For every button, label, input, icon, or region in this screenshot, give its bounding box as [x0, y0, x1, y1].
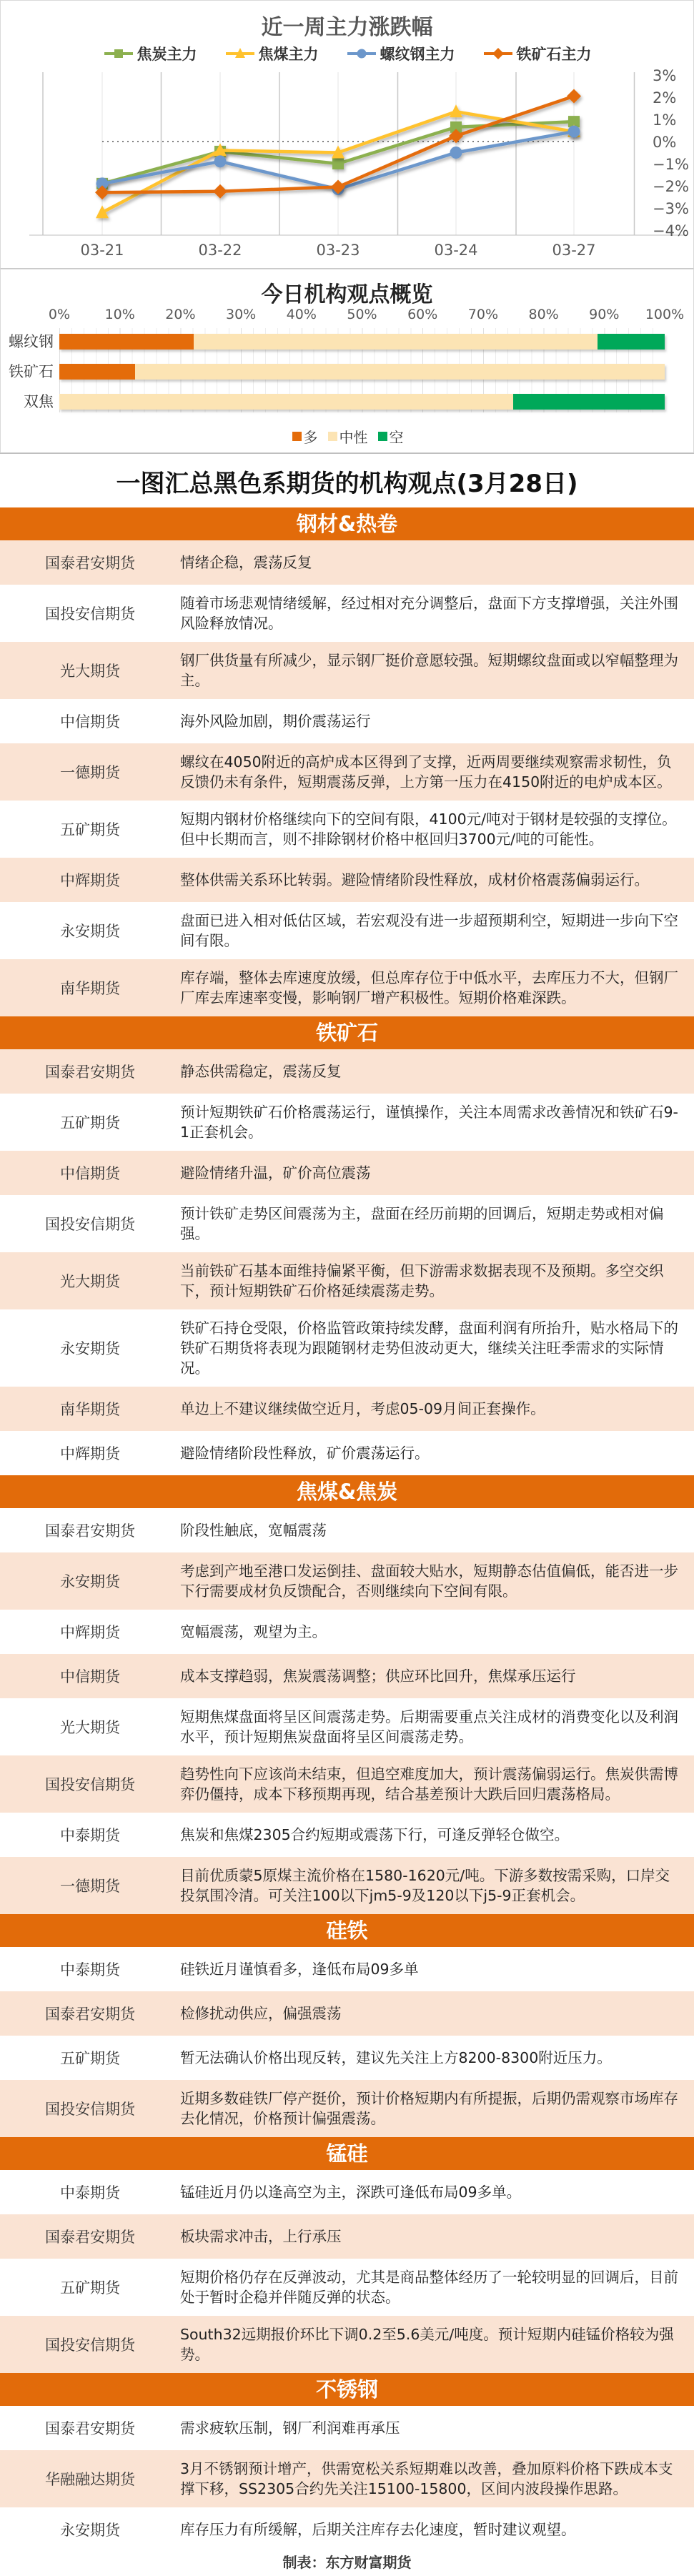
opinion-text: 螺纹在4050附近的高炉成本区得到了支撑，近两周要继续观察需求韧性，负反馈仍未有… — [180, 743, 694, 801]
opinion-text: 锰硅近月仍以逢高空为主，深跌可逢低布局09多单。 — [180, 2174, 694, 2211]
table-row: 国泰君安期货阶段性触底，宽幅震荡 — [0, 1508, 694, 1552]
stacked-bar — [59, 364, 665, 380]
org-name: 中泰期货 — [0, 2174, 180, 2210]
org-name: 永安期货 — [0, 1563, 180, 1599]
table-row: 国泰君安期货检修扰动供应，偏强震荡 — [0, 1991, 694, 2036]
table-title: 一图汇总黑色系期货的机构观点(3月28日) — [0, 454, 694, 507]
section-header-铁矿石: 铁矿石 — [0, 1016, 694, 1049]
opinion-text: 盘面已进入相对低估区域，若宏观没有进一步超预期利空，短期进一步向下空间有限。 — [180, 902, 694, 959]
table-row: 国泰君安期货板块需求冲击，上行承压 — [0, 2214, 694, 2259]
svg-text:03-23: 03-23 — [316, 242, 360, 259]
opinion-text: 短期价格仍存在反弹波动，尤其是商品整体经历了一轮较明显的回调后，目前处于暂时企稳… — [180, 2259, 694, 2316]
opinion-text: 焦炭和焦煤2305合约短期或震荡下行，可逢反弹轻仓做空。 — [180, 1816, 694, 1853]
svg-text:1%: 1% — [653, 112, 676, 129]
opinion-text: 避险情绪阶段性释放，矿价震荡运行。 — [180, 1435, 694, 1472]
bar-segment-空 — [598, 334, 665, 350]
opinions-table: 一图汇总黑色系期货的机构观点(3月28日) 钢材&热卷国泰君安期货情绪企稳，震荡… — [0, 453, 694, 2552]
opinion-text: 避险情绪升温，矿价高位震荡 — [180, 1154, 694, 1192]
legend-item: 焦炭主力 — [103, 43, 197, 64]
line-chart: 3%2%1%0%−1%−2%−3%−4%03-2103-2203-2303-24… — [1, 65, 694, 265]
org-name: 国泰君安期货 — [0, 1054, 180, 1089]
table-row: 五矿期货短期价格仍存在反弹波动，尤其是商品整体经历了一轮较明显的回调后，目前处于… — [0, 2259, 694, 2316]
org-name: 一德期货 — [0, 754, 180, 790]
legend-label: 焦炭主力 — [137, 43, 197, 64]
axis-tick: 70% — [468, 307, 498, 322]
legend-label: 中性 — [339, 426, 368, 447]
opinion-text: 硅铁近月谨慎看多，逢低布局09多单 — [180, 1951, 694, 1988]
bar-category-label: 螺纹钢 — [0, 334, 54, 350]
table-row: 中信期货海外风险加剧，期价震荡运行 — [0, 699, 694, 743]
table-row: 中信期货成本支撑趋弱，焦炭震荡调整；供应环比回升，焦煤承压运行 — [0, 1654, 694, 1698]
svg-text:−3%: −3% — [653, 200, 689, 217]
table-row: 永安期货考虑到产地至港口发运倒挂、盘面较大贴水，短期静态估值偏低，能否进一步下行… — [0, 1552, 694, 1610]
table-row: 永安期货盘面已进入相对低估区域，若宏观没有进一步超预期利空，短期进一步向下空间有… — [0, 902, 694, 959]
legend-swatch-icon — [328, 432, 337, 441]
svg-text:03-24: 03-24 — [434, 242, 477, 259]
org-name: 中辉期货 — [0, 1435, 180, 1471]
stacked-bar — [59, 394, 665, 410]
line-chart-legend: 焦炭主力焦煤主力螺纹钢主力铁矿石主力 — [1, 42, 693, 65]
legend-label: 多 — [304, 426, 318, 447]
opinion-text: 阶段性触底，宽幅震荡 — [180, 1512, 694, 1549]
svg-text:03-27: 03-27 — [552, 242, 595, 259]
opinion-text: 整体供需关系环比转弱。避险情绪阶段性释放，成材价格震荡偏弱运行。 — [180, 861, 694, 898]
opinion-text: South32远期报价环比下调0.2至5.6美元/吨度。预计短期内硅锰价格较为强… — [180, 2316, 694, 2373]
opinion-text: 宽幅震荡，观望为主。 — [180, 1613, 694, 1650]
org-name: 五矿期货 — [0, 1104, 180, 1140]
org-name: 国泰君安期货 — [0, 545, 180, 580]
table-row: 国投安信期货近期多数硅铁厂停产挺价，预计价格短期内有所提振，后期仍需观察市场库存… — [0, 2080, 694, 2137]
section-header-硅铁: 硅铁 — [0, 1914, 694, 1947]
svg-text:−4%: −4% — [653, 222, 689, 239]
org-name: 五矿期货 — [0, 2040, 180, 2076]
opinion-text: 短期焦煤盘面将呈区间震荡走势。后期需要重点关注成材的消费变化以及利润水平，预计短… — [180, 1698, 694, 1755]
org-name: 一德期货 — [0, 1868, 180, 1903]
org-name: 中泰期货 — [0, 1817, 180, 1853]
opinion-text: 短期内钢材价格继续向下的空间有限，4100元/吨对于钢材是较强的支撑位。但中长期… — [180, 801, 694, 858]
org-name: 南华期货 — [0, 1391, 180, 1427]
legend-label: 空 — [390, 426, 404, 447]
bar-category-label: 铁矿石 — [0, 364, 54, 380]
opinion-text: 检修扰动供应，偏强震荡 — [180, 1995, 694, 2032]
table-row: 五矿期货预计短期铁矿石价格震荡运行，谨慎操作，关注本周需求改善情况和铁矿石9-1… — [0, 1094, 694, 1151]
org-name: 中辉期货 — [0, 1614, 180, 1650]
org-name: 南华期货 — [0, 970, 180, 1006]
table-row: 五矿期货短期内钢材价格继续向下的空间有限，4100元/吨对于钢材是较强的支撑位。… — [0, 801, 694, 858]
svg-text:03-22: 03-22 — [198, 242, 242, 259]
org-name: 五矿期货 — [0, 811, 180, 847]
bar-chart: 0%10%20%30%40%50%60%70%80%90%100%螺纹钢铁矿石双… — [1, 307, 694, 414]
axis-tick: 40% — [287, 307, 317, 322]
org-name: 光大期货 — [0, 1263, 180, 1299]
org-name: 中信期货 — [0, 1658, 180, 1694]
legend-label: 铁矿石主力 — [517, 43, 592, 64]
stacked-bar — [59, 334, 665, 350]
bar-chart-legend: 多中性空 — [1, 426, 694, 447]
org-name: 五矿期货 — [0, 2269, 180, 2305]
axis-tick: 20% — [165, 307, 195, 322]
table-row: 光大期货当前铁矿石基本面维持偏紧平衡，但下游需求数据表现不及预期。多空交织下，预… — [0, 1252, 694, 1309]
axis-tick: 50% — [347, 307, 377, 322]
org-name: 国泰君安期货 — [0, 1512, 180, 1548]
opinion-text: 库存端，整体去库速度放缓，但总库存位于中低水平，去库压力不大，但钢厂厂库去库速率… — [180, 959, 694, 1016]
table-row: 一德期货目前优质蒙5原煤主流价格在1580-1620元/吨。下游多数按需采购，口… — [0, 1857, 694, 1914]
legend-item: 多 — [292, 426, 318, 447]
opinion-text: 考虑到产地至港口发运倒挂、盘面较大贴水，短期静态估值偏低，能否进一步下行需要成材… — [180, 1552, 694, 1610]
triangle-marker-icon — [224, 46, 256, 61]
table-row: 中辉期货宽幅震荡，观望为主。 — [0, 1610, 694, 1654]
svg-text:0%: 0% — [653, 134, 676, 151]
table-row: 永安期货铁矿石持仓受限，价格监管政策持续发酵，盘面利润有所抬升，贴水格局下的铁矿… — [0, 1309, 694, 1387]
legend-swatch-icon — [292, 432, 302, 441]
bar-segment-空 — [513, 394, 665, 410]
table-row: 国泰君安期货静态供需稳定，震荡反复 — [0, 1049, 694, 1094]
table-row: 中辉期货避险情绪阶段性释放，矿价震荡运行。 — [0, 1431, 694, 1475]
axis-tick: 60% — [407, 307, 437, 322]
diamond-marker-icon — [482, 46, 514, 61]
org-name: 永安期货 — [0, 913, 180, 948]
table-row: 国投安信期货随着市场悲观情绪缓解，经过相对充分调整后，盘面下方支撑增强，关注外围… — [0, 585, 694, 642]
bar-segment-多 — [59, 334, 194, 350]
org-name: 国投安信期货 — [0, 1766, 180, 1802]
legend-item: 空 — [378, 426, 404, 447]
opinion-text: 钢厂供货量有所减少，显示钢厂挺价意愿较强。短期螺纹盘面或以窄幅整理为主。 — [180, 642, 694, 699]
table-row: 一德期货螺纹在4050附近的高炉成本区得到了支撑，近两周要继续观察需求韧性，负反… — [0, 743, 694, 801]
bar-chart-panel: 今日机构观点概览 0%10%20%30%40%50%60%70%80%90%10… — [0, 269, 694, 453]
org-name: 华融融达期货 — [0, 2461, 180, 2497]
table-row: 国泰君安期货情绪企稳，震荡反复 — [0, 540, 694, 585]
opinion-text: 3月不锈钢预计增产，供需宽松关系短期难以改善，叠加原料价格下跌成本支撑下移，SS… — [180, 2450, 694, 2507]
bar-chart-axis: 0%10%20%30%40%50%60%70%80%90%100% — [1, 307, 694, 324]
opinion-text: 随着市场悲观情绪缓解，经过相对充分调整后，盘面下方支撑增强，关注外围风险释放情况… — [180, 585, 694, 642]
table-row: 永安期货库存压力有所缓解，后期关注库存去化速度，暂时建议观望。 — [0, 2507, 694, 2552]
legend-label: 螺纹钢主力 — [380, 43, 455, 64]
bar-row-螺纹钢: 螺纹钢 — [1, 334, 694, 350]
svg-text:−2%: −2% — [653, 178, 689, 195]
axis-tick: 80% — [528, 307, 558, 322]
bar-segment-中性 — [194, 334, 598, 350]
table-row: 中辉期货整体供需关系环比转弱。避险情绪阶段性释放，成材价格震荡偏弱运行。 — [0, 858, 694, 902]
org-name: 永安期货 — [0, 1330, 180, 1366]
opinion-text: 近期多数硅铁厂停产挺价，预计价格短期内有所提振，后期仍需观察市场库存去化情况，价… — [180, 2080, 694, 2137]
table-row: 国投安信期货South32远期报价环比下调0.2至5.6美元/吨度。预计短期内硅… — [0, 2316, 694, 2373]
org-name: 中信期货 — [0, 703, 180, 739]
opinion-text: 当前铁矿石基本面维持偏紧平衡，但下游需求数据表现不及预期。多空交织下，预计短期铁… — [180, 1252, 694, 1309]
org-name: 国泰君安期货 — [0, 1996, 180, 2031]
opinion-text: 预计铁矿走势区间震荡为主，盘面在经历前期的回调后，短期走势或相对偏强。 — [180, 1195, 694, 1252]
opinion-text: 趋势性向下应该尚未结束，但追空难度加大，预计震荡偏弱运行。焦炭供需博弈仍僵持，成… — [180, 1755, 694, 1813]
table-row: 光大期货短期焦煤盘面将呈区间震荡走势。后期需要重点关注成材的消费变化以及利润水平… — [0, 1698, 694, 1755]
table-row: 中泰期货硅铁近月谨慎看多，逢低布局09多单 — [0, 1947, 694, 1991]
opinion-text: 静态供需稳定，震荡反复 — [180, 1053, 694, 1090]
axis-tick: 100% — [645, 307, 684, 322]
axis-tick: 90% — [589, 307, 619, 322]
black-futures-infographic: 近一周主力涨跌幅 焦炭主力焦煤主力螺纹钢主力铁矿石主力 3%2%1%0%−1%−… — [0, 0, 694, 2576]
org-name: 中辉期货 — [0, 862, 180, 898]
opinion-text: 铁矿石持仓受限，价格监管政策持续发酵，盘面利润有所抬升，贴水格局下的铁矿石期货将… — [180, 1309, 694, 1387]
section-header-不锈钢: 不锈钢 — [0, 2373, 694, 2406]
org-name: 国投安信期货 — [0, 2091, 180, 2126]
square-marker-icon — [103, 46, 134, 61]
table-row: 五矿期货暂无法确认价格出现反转，建议先关注上方8200-8300附近压力。 — [0, 2036, 694, 2080]
table-row: 国泰君安期货需求疲软压制，钢厂利润难再承压 — [0, 2406, 694, 2450]
section-header-钢材&热卷: 钢材&热卷 — [0, 507, 694, 540]
org-name: 国泰君安期货 — [0, 2219, 180, 2254]
org-name: 中泰期货 — [0, 1951, 180, 1987]
svg-text:−1%: −1% — [653, 156, 689, 173]
org-name: 永安期货 — [0, 2512, 180, 2547]
opinion-text: 暂无法确认价格出现反转，建议先关注上方8200-8300附近压力。 — [180, 2039, 694, 2076]
legend-item: 铁矿石主力 — [482, 43, 592, 64]
org-name: 国投安信期货 — [0, 2327, 180, 2362]
footer-credit: 制表：东方财富期货 — [0, 2552, 694, 2576]
bar-segment-多 — [59, 364, 135, 380]
bar-category-label: 双焦 — [0, 394, 54, 410]
opinion-text: 成本支撑趋弱，焦炭震荡调整；供应环比回升，焦煤承压运行 — [180, 1658, 694, 1695]
axis-tick: 0% — [49, 307, 70, 322]
opinion-text: 板块需求冲击，上行承压 — [180, 2218, 694, 2255]
table-row: 中泰期货锰硅近月仍以逢高空为主，深跌可逢低布局09多单。 — [0, 2170, 694, 2214]
opinion-text: 目前优质蒙5原煤主流价格在1580-1620元/吨。下游多数按需采购，口岸交投氛… — [180, 1857, 694, 1914]
legend-label: 焦煤主力 — [259, 43, 319, 64]
table-row: 国投安信期货趋势性向下应该尚未结束，但追空难度加大，预计震荡偏弱运行。焦炭供需博… — [0, 1755, 694, 1813]
table-body: 钢材&热卷国泰君安期货情绪企稳，震荡反复国投安信期货随着市场悲观情绪缓解，经过相… — [0, 507, 694, 2552]
table-row: 南华期货库存端，整体去库速度放缓，但总库存位于中低水平，去库压力不大，但钢厂厂库… — [0, 959, 694, 1016]
table-row: 光大期货钢厂供货量有所减少，显示钢厂挺价意愿较强。短期螺纹盘面或以窄幅整理为主。 — [0, 642, 694, 699]
opinion-text: 库存压力有所缓解，后期关注库存去化速度，暂时建议观望。 — [180, 2511, 694, 2548]
bar-segment-中性 — [59, 394, 513, 410]
line-chart-title: 近一周主力涨跌幅 — [1, 9, 693, 41]
legend-item: 中性 — [328, 426, 368, 447]
legend-item: 焦煤主力 — [224, 43, 319, 64]
legend-item: 螺纹钢主力 — [346, 43, 455, 64]
table-row: 中信期货避险情绪升温，矿价高位震荡 — [0, 1151, 694, 1195]
org-name: 光大期货 — [0, 1709, 180, 1745]
org-name: 国投安信期货 — [0, 1206, 180, 1242]
table-row: 中泰期货焦炭和焦煤2305合约短期或震荡下行，可逢反弹轻仓做空。 — [0, 1813, 694, 1857]
table-row: 国投安信期货预计铁矿走势区间震荡为主，盘面在经历前期的回调后，短期走势或相对偏强… — [0, 1195, 694, 1252]
org-name: 中信期货 — [0, 1155, 180, 1191]
svg-text:2%: 2% — [653, 89, 676, 106]
org-name: 光大期货 — [0, 653, 180, 688]
org-name: 国泰君安期货 — [0, 2410, 180, 2446]
legend-swatch-icon — [378, 432, 387, 441]
axis-tick: 30% — [226, 307, 256, 322]
table-row: 南华期货单边上不建议继续做空近月，考虑05-09月间正套操作。 — [0, 1387, 694, 1431]
svg-text:3%: 3% — [653, 67, 676, 84]
axis-tick: 10% — [105, 307, 135, 322]
circle-marker-icon — [346, 46, 377, 61]
svg-text:03-21: 03-21 — [80, 242, 124, 259]
bar-row-双焦: 双焦 — [1, 394, 694, 410]
line-chart-panel: 近一周主力涨跌幅 焦炭主力焦煤主力螺纹钢主力铁矿石主力 3%2%1%0%−1%−… — [0, 0, 694, 269]
opinion-text: 情绪企稳，震荡反复 — [180, 544, 694, 581]
bar-chart-title: 今日机构观点概览 — [1, 277, 693, 308]
bar-segment-中性 — [135, 364, 665, 380]
opinion-text: 单边上不建议继续做空近月，考虑05-09月间正套操作。 — [180, 1390, 694, 1427]
opinion-text: 海外风险加剧，期价震荡运行 — [180, 703, 694, 740]
section-header-锰硅: 锰硅 — [0, 2137, 694, 2170]
table-row: 华融融达期货3月不锈钢预计增产，供需宽松关系短期难以改善，叠加原料价格下跌成本支… — [0, 2450, 694, 2507]
opinion-text: 需求疲软压制，钢厂利润难再承压 — [180, 2409, 694, 2447]
org-name: 国投安信期货 — [0, 595, 180, 631]
section-header-焦煤&焦炭: 焦煤&焦炭 — [0, 1475, 694, 1508]
opinion-text: 预计短期铁矿石价格震荡运行，谨慎操作，关注本周需求改善情况和铁矿石9-1正套机会… — [180, 1094, 694, 1151]
bar-row-铁矿石: 铁矿石 — [1, 364, 694, 380]
